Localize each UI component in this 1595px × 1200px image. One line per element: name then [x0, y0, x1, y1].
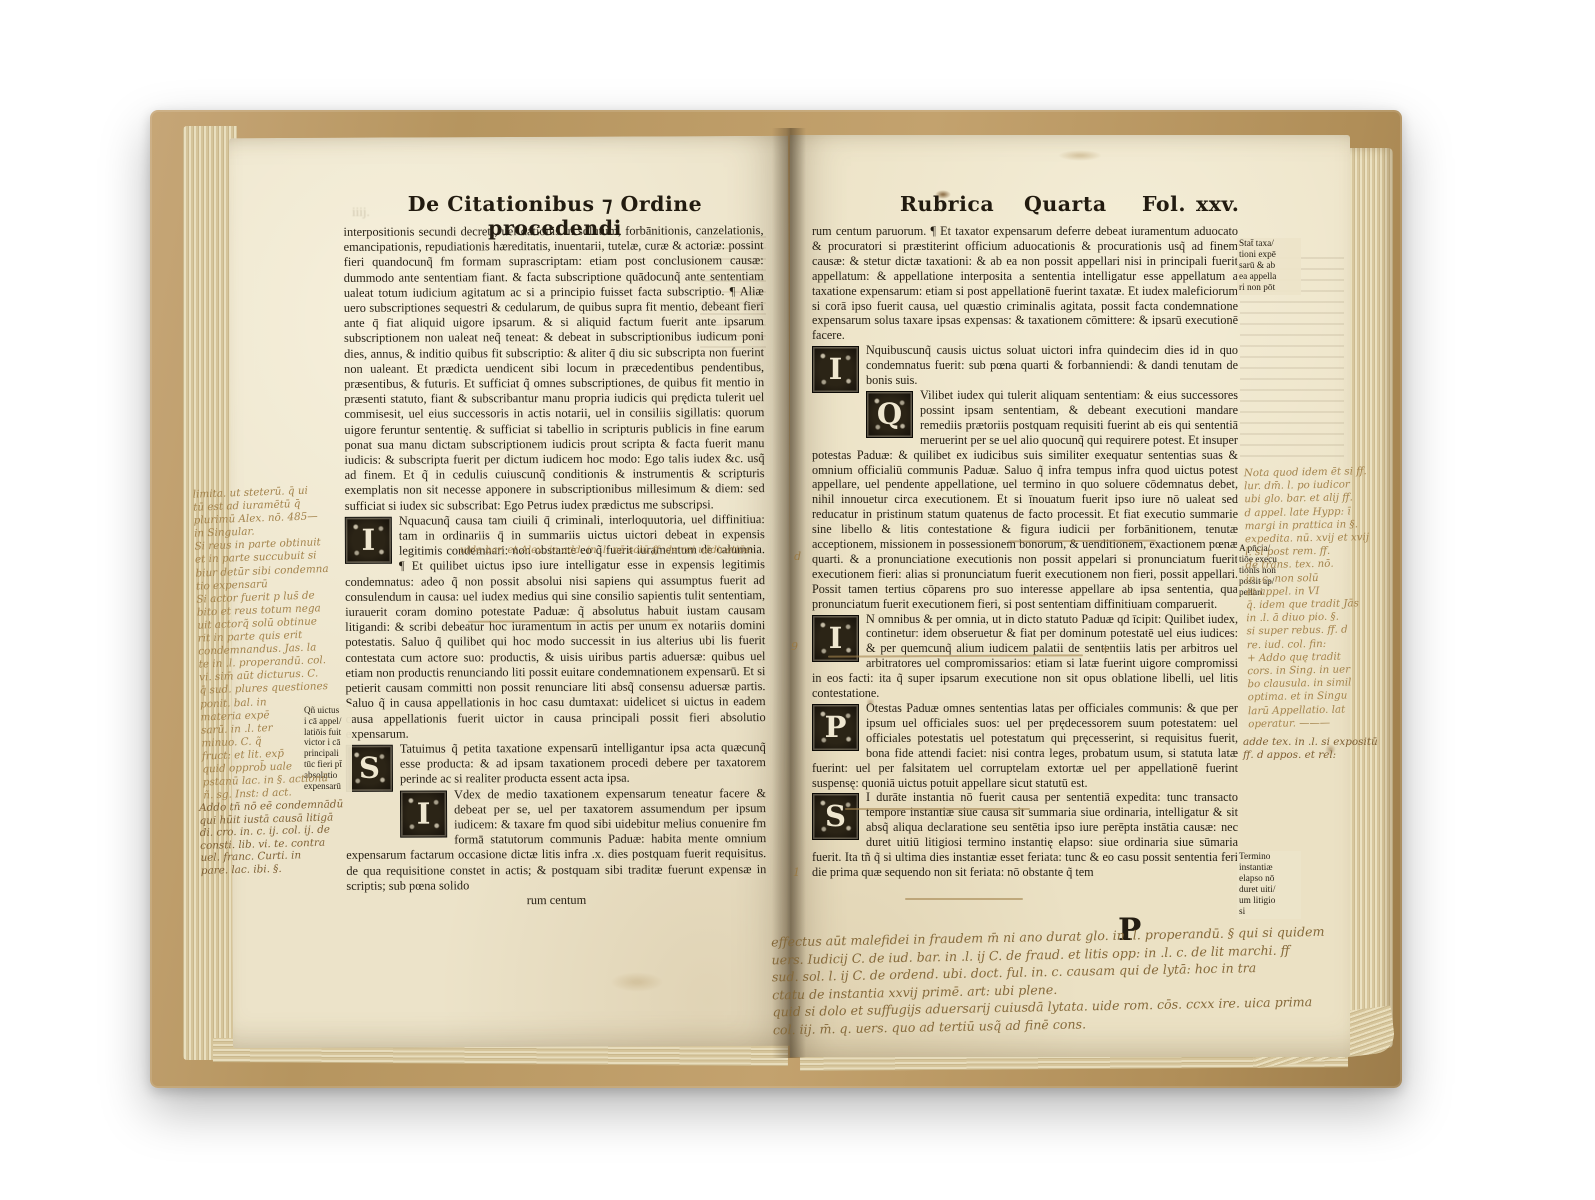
annotation-line: operatur. ———: [1248, 716, 1396, 732]
paragraph-text: Otestas Paduæ omnes sententias latas per…: [812, 701, 1238, 790]
book-photo: iiij. De Citationibus ⁊ Ordine procedend…: [0, 0, 1595, 1200]
stain: [1058, 150, 1102, 161]
annotation-line: instantiæ: [1239, 863, 1299, 874]
drop-cap-initial: Q: [866, 391, 913, 438]
folio-number: xxv.: [1196, 192, 1239, 216]
paragraph: IVdex de medio taxationem expensarum ten…: [346, 786, 766, 894]
annotation-line: elapso nō: [1239, 874, 1299, 885]
drop-cap-initial: P: [812, 704, 859, 751]
annotation-line: Termino: [1239, 852, 1299, 863]
partial-last-line: rum centum: [346, 892, 766, 909]
drop-cap-initial: S: [346, 745, 393, 792]
running-title-rubrica: Rubrica: [900, 192, 994, 216]
annotation-line: um litigio: [1239, 896, 1299, 907]
drop-cap-initial: I: [812, 615, 859, 662]
manuscript-note-left-margin: limita. ut steterū. q̄ uitū est ad iuram…: [193, 484, 351, 803]
drop-cap-initial: I: [345, 517, 392, 564]
printed-margin-note: Terminoinstantiæelapso nōduret uiti/um l…: [1237, 851, 1301, 919]
paragraph: POtestas Paduæ omnes sententias latas pe…: [812, 701, 1238, 790]
folio-label: Fol.: [1142, 192, 1186, 216]
paragraph-text: Nquibuscunq̃ causis uictus soluat uictor…: [866, 343, 1238, 387]
drop-cap-initial: I: [812, 346, 859, 393]
running-title-quarta: Quarta: [1024, 192, 1107, 216]
annotation-line: ea appella: [1239, 272, 1299, 283]
stain: [610, 972, 664, 992]
manuscript-cross-mark: +: [1100, 642, 1111, 657]
paragraph: STatuimus q̃ petita taxatione expensarū …: [346, 740, 766, 787]
annotation-line: ff. d appos. et rel:: [1243, 749, 1395, 762]
printed-margin-note: Stat̄ taxa/tioni expēsarū & abea appella…: [1237, 238, 1301, 295]
paragraph-text: Tatuimus q̃ petita taxatione expensarū i…: [400, 740, 766, 786]
paragraph: interpositionis secundi decreti, uel dat…: [344, 223, 765, 514]
manuscript-note-right-margin-dark: adde tex. in .l. si expositūff. d appos.…: [1243, 736, 1395, 762]
annotation-line: Stat̄ taxa/: [1239, 239, 1299, 250]
manuscript-note-left-margin-dark: Addo tñ nō eē condemnādūqui hūit iustā c…: [199, 798, 353, 878]
annotation-line: duret uiti/: [1239, 885, 1299, 896]
manuscript-interlinear-note: uide bar. et Alex. in add. in .l. nō sol…: [460, 545, 754, 556]
manuscript-note-right-margin: Nota quod idem ēt si ff.lur. dm̄. l. po …: [1244, 465, 1397, 732]
paragraph-text: I durāte instantia nō fuerit causa per s…: [812, 790, 1238, 879]
annotation-line: tioni expē: [1239, 250, 1299, 261]
paragraph: SI durāte instantia nō fuerit causa per …: [812, 790, 1238, 879]
manuscript-note-bottom: effectus aūt malefidei in fraudem m̄ ni …: [771, 923, 1339, 1039]
paragraph: rum centum paruorum. ¶ Et taxator expens…: [812, 224, 1238, 343]
annotation-line: ri non pōt: [1239, 283, 1299, 294]
annotation-line: sarū & ab: [1239, 261, 1299, 272]
drop-cap-initial: I: [400, 790, 447, 837]
paragraph: QVilibet iudex qui tulerit aliquam sente…: [812, 388, 1238, 612]
paragraph: INquibuscunq̃ causis uictus soluat uicto…: [812, 343, 1238, 388]
annotation-line: si: [1239, 907, 1299, 918]
right-page-text: rum centum paruorum. ¶ Et taxator expens…: [812, 224, 1238, 880]
manuscript-gutter-mark: 1: [793, 866, 800, 879]
manuscript-underline: [905, 898, 1023, 900]
left-page-text: interpositionis secundi decreti, uel dat…: [344, 223, 767, 909]
annotation-line: adde tex. in .l. si expositū: [1243, 736, 1395, 749]
manuscript-underline: [845, 808, 1030, 810]
drop-cap-initial: S: [812, 793, 859, 840]
manuscript-gutter-mark: 9: [791, 640, 798, 653]
manuscript-gutter-mark: d: [794, 550, 801, 563]
running-title-right: Rubrica Quarta Fol. xxv.: [812, 192, 1242, 218]
book-gutter: [772, 128, 806, 1058]
